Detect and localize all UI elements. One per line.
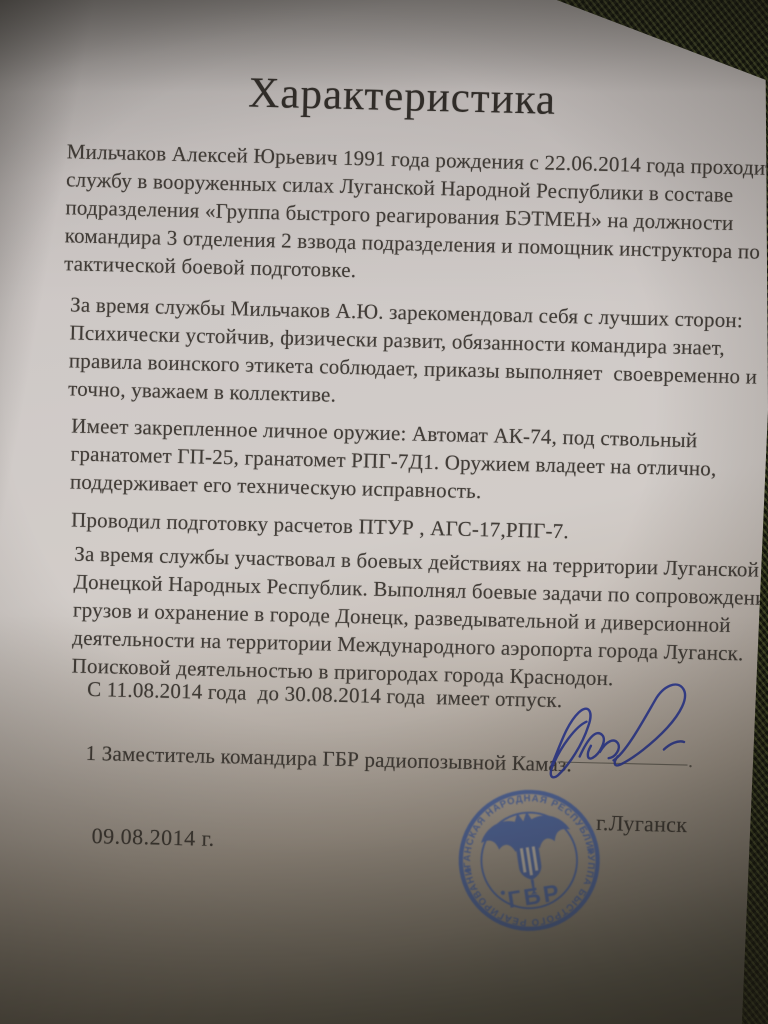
stamp-separator-left: ✱ (464, 865, 472, 876)
paragraph-service: Мильчаков Алексей Юрьевич 1991 года рожд… (51, 137, 748, 293)
paragraph-operations: За время службы участвовал в боевых дейс… (41, 539, 738, 695)
signature-caption: 1 Заместитель командира ГБР радиопозывно… (85, 741, 572, 777)
signature-scribble (527, 675, 710, 794)
paper-sheet: Характеристика Мильчаков Алексей Юрьевич… (0, 0, 768, 1024)
document-date: 09.08.2014 г. (91, 823, 215, 852)
paragraph-weapons: Имеет закрепленное личное оружие: Автома… (46, 411, 742, 511)
gbr-round-stamp: ЛУГАНСКАЯ НАРОДНАЯ РЕСПУБЛИКА ГРУППА БЫС… (444, 775, 615, 946)
document-place: г.Луганск (596, 810, 688, 838)
document-content: Характеристика Мильчаков Алексей Юрьевич… (34, 58, 750, 1024)
document-photo: Характеристика Мильчаков Алексей Юрьевич… (0, 0, 768, 1024)
paragraph-conduct: За время службы Мильчаков А.Ю. зарекомен… (48, 290, 744, 418)
stamp-separator-right: ✱ (586, 846, 594, 857)
signature-ink (551, 682, 686, 781)
stamp-center-text: ГБР (506, 879, 563, 913)
document-title: Характеристика (55, 64, 750, 129)
